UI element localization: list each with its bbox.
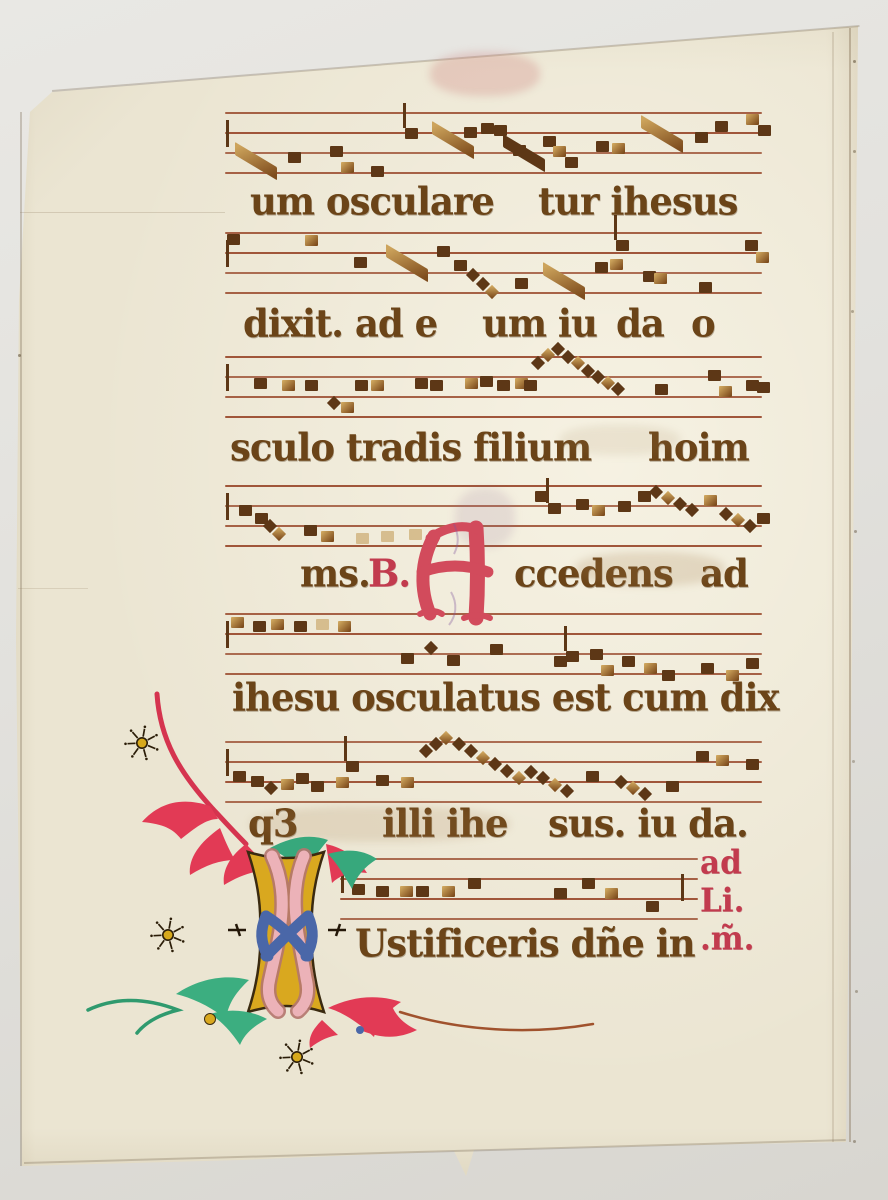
- staff-line: [225, 376, 762, 378]
- neume: [704, 495, 717, 506]
- neume: [490, 644, 503, 655]
- staff-line: [225, 485, 762, 487]
- neume: [231, 617, 244, 628]
- chant-text: um iu: [482, 301, 597, 345]
- chant-text: um osculare: [250, 179, 494, 223]
- neume: [327, 396, 341, 410]
- staff-line: [225, 396, 762, 398]
- neume: [553, 146, 566, 157]
- neume: [716, 755, 729, 766]
- neume: [590, 649, 603, 660]
- neume: [743, 519, 757, 533]
- staff-start-tick: [226, 493, 229, 520]
- chant-text: tur ihesus: [538, 179, 737, 223]
- neume: [464, 127, 477, 138]
- neume: [646, 901, 659, 912]
- neume: [644, 663, 657, 674]
- neume: [758, 125, 771, 136]
- neume: [596, 141, 609, 152]
- neume: [756, 252, 769, 263]
- neume: [497, 380, 510, 391]
- neume: [701, 663, 714, 674]
- staff-line: [225, 232, 762, 234]
- foliage-stem-bottom-left: [88, 1001, 178, 1033]
- neume: [294, 621, 307, 632]
- neume: [316, 619, 329, 630]
- neume: [272, 527, 286, 541]
- neume: [655, 384, 668, 395]
- neume: [401, 653, 414, 664]
- neume: [746, 759, 759, 770]
- staff-start-tick: [226, 120, 229, 147]
- neume: [746, 658, 759, 669]
- foliage-red-leaves-bottom: [310, 997, 418, 1048]
- neume: [356, 533, 369, 544]
- neume: [253, 621, 266, 632]
- neume: [666, 781, 679, 792]
- neume: [641, 115, 683, 153]
- staff-line: [225, 416, 762, 418]
- neume: [227, 234, 240, 245]
- neume: [371, 380, 384, 391]
- neume: [531, 356, 545, 370]
- neume: [515, 278, 528, 289]
- chant-text: o: [691, 301, 715, 345]
- neume: [386, 244, 428, 282]
- neume: [524, 380, 537, 391]
- margin-rubric: .m̃.: [700, 921, 754, 956]
- staff-line: [225, 172, 762, 174]
- neume: [610, 259, 623, 270]
- neume: [282, 380, 295, 391]
- neume: [321, 531, 334, 542]
- crease-line: [20, 212, 225, 213]
- neume: [465, 378, 478, 389]
- neume: [681, 874, 684, 901]
- neume: [481, 123, 494, 134]
- neume: [447, 655, 460, 666]
- neume: [271, 619, 284, 630]
- neume: [513, 145, 526, 156]
- staff-start-tick: [226, 364, 229, 391]
- neume: [548, 503, 561, 514]
- neume: [592, 505, 605, 516]
- staff-line: [225, 633, 762, 635]
- neume: [235, 142, 277, 180]
- staff-line: [225, 272, 762, 274]
- neume: [341, 162, 354, 173]
- neume: [330, 146, 343, 157]
- neume: [288, 152, 301, 163]
- neume: [654, 273, 667, 284]
- chant-text: ccedens: [514, 551, 673, 595]
- neume: [341, 402, 354, 413]
- staff-line: [225, 356, 762, 358]
- neume: [354, 257, 367, 268]
- neume: [565, 157, 578, 168]
- neume: [695, 132, 708, 143]
- neume: [612, 143, 625, 154]
- neume: [239, 505, 252, 516]
- neume: [616, 240, 629, 251]
- crease-line: [832, 32, 834, 1142]
- neume: [543, 262, 585, 300]
- crease-line: [18, 588, 88, 589]
- neume: [466, 268, 480, 282]
- neume: [355, 380, 368, 391]
- neume: [485, 285, 499, 299]
- neume: [480, 376, 493, 387]
- neume: [595, 262, 608, 273]
- neume: [699, 282, 712, 293]
- neume: [618, 501, 631, 512]
- margin-rubric: Li.: [700, 883, 744, 918]
- foliage-stem-bottom-right: [400, 1012, 593, 1030]
- neume: [745, 240, 758, 251]
- neume: [430, 380, 443, 391]
- chant-text: da: [616, 301, 664, 345]
- neume: [305, 235, 318, 246]
- neume: [696, 751, 709, 762]
- manuscript-photo: um oscularetur ihesusdixit. ad eum iudao…: [0, 0, 888, 1200]
- neume: [437, 246, 450, 257]
- neume: [254, 378, 267, 389]
- chant-text: hoim: [648, 425, 749, 469]
- neume: [305, 380, 318, 391]
- neume: [381, 531, 394, 542]
- neume: [719, 386, 732, 397]
- chant-text: ad: [700, 551, 748, 595]
- neume: [757, 513, 770, 524]
- staff-line: [225, 252, 762, 254]
- red-initial-a: [404, 522, 504, 626]
- staff-start-tick: [226, 621, 229, 648]
- chant-text: sculo tradis filium: [230, 425, 591, 469]
- neume: [304, 525, 317, 536]
- show-through-ghost: [430, 52, 540, 96]
- neume: [338, 621, 351, 632]
- margin-rubric: ad: [700, 845, 742, 880]
- chant-text: dixit. ad e: [243, 301, 437, 345]
- neume: [576, 499, 589, 510]
- neume: [415, 378, 428, 389]
- neume: [708, 370, 721, 381]
- neume: [566, 651, 579, 662]
- neume: [746, 114, 759, 125]
- neume: [757, 382, 770, 393]
- neume: [405, 128, 418, 139]
- neume: [622, 656, 635, 667]
- neume: [454, 260, 467, 271]
- illuminated-initial-i: [60, 678, 620, 1060]
- staff-line: [225, 112, 762, 114]
- neume: [715, 121, 728, 132]
- neume: [371, 166, 384, 177]
- chant-text: ms.: [300, 551, 370, 595]
- neume: [638, 787, 652, 801]
